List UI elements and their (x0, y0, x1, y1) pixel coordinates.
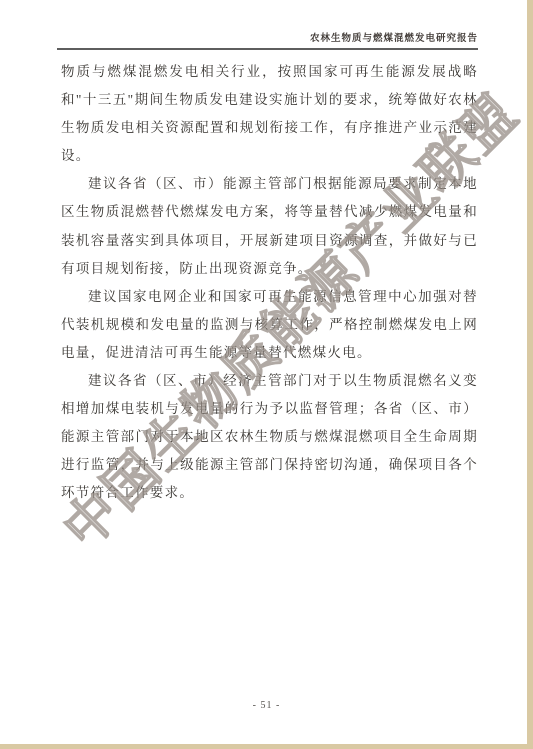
running-head-title: 农林生物质与燃煤混燃发电研究报告 (57, 30, 478, 44)
document-page: 农林生物质与燃煤混燃发电研究报告 中国生物质能源产业联盟 物质与燃煤混燃发电相关… (0, 0, 533, 749)
scan-edge-bottom (0, 744, 533, 749)
paragraph-recommendation-1: 建议各省（区、市）能源主管部门根据能源局要求制定本地区生物质混燃替代燃煤发电方案… (61, 170, 478, 282)
header-rule (57, 48, 478, 50)
page-footer: - 51 - (0, 695, 533, 713)
scan-edge-right (527, 0, 533, 749)
paragraph-recommendation-2: 建议国家电网企业和国家可再生能源信息管理中心加强对替代装机规模和发电量的监测与核… (61, 283, 478, 367)
page-header: 农林生物质与燃煤混燃发电研究报告 (57, 30, 478, 58)
body-text-block: 物质与燃煤混燃发电相关行业，按照国家可再生能源发展战略和"十三五"期间生物质发电… (61, 58, 478, 508)
page-number: - 51 - (253, 700, 281, 711)
paragraph-recommendation-3: 建议各省（区、市）经济主管部门对于以生物质混燃名义变相增加煤电装机与发电量的行为… (61, 367, 478, 507)
paragraph-continuation: 物质与燃煤混燃发电相关行业，按照国家可再生能源发展战略和"十三五"期间生物质发电… (61, 58, 478, 170)
